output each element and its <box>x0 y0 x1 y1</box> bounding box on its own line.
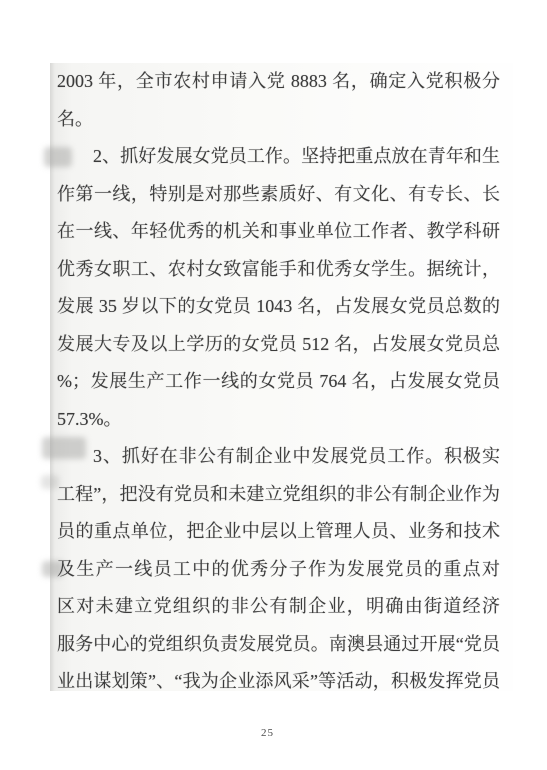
text-line: 在一线、年轻优秀的机关和事业单位工作者、教学科研女骨干、 <box>57 213 500 251</box>
text-line: 57.3%。 <box>57 401 500 439</box>
text-line: 区对未建立党组织的非公有制企业，明确由街道经济办、企业 <box>57 588 500 626</box>
scanned-page: 2003 年，全市农村申请入党 8883 名，确定入党积极分子 5267 名。 … <box>50 63 513 691</box>
page-number: 25 <box>50 727 485 739</box>
text-line: 名。 <box>57 101 500 139</box>
text-line: 作第一线，特别是对那些素质好、有文化、有专长、长期工作 <box>57 176 500 214</box>
text-line: %；发展生产工作一线的女党员 764 名，占发展女党员总数的 <box>57 363 500 401</box>
text-line: 工程”，把没有党员和未建立党组织的非公有制企业作为发展党 <box>57 476 500 514</box>
text-line: 及生产一线员工中的优秀分子作为发展党员的重点对象。金平 <box>57 551 500 589</box>
text-line: 发展 35 岁以下的女党员 1043 名，占发展女党员总数的 78.2%； <box>57 288 500 326</box>
text-line: 业出谋划策”、“我为企业添风采”等活动，积极发挥党员在非 <box>57 663 500 701</box>
document-page: 2003 年，全市农村申请入党 8883 名，确定入党积极分子 5267 名。 … <box>0 0 547 770</box>
text-line: 2003 年，全市农村申请入党 8883 名，确定入党积极分子 5267 <box>57 63 500 101</box>
document-body: 2003 年，全市农村申请入党 8883 名，确定入党积极分子 5267 名。 … <box>57 63 500 701</box>
text-line: 员的重点单位，把企业中层以上管理人员、业务和技术骨干以 <box>57 513 500 551</box>
text-line: 3、抓好在非公有制企业中发展党员工作。积极实施“纳新 <box>57 438 500 476</box>
text-line: 服务中心的党组织负责发展党员。南澳县通过开展“党员为企 <box>57 626 500 664</box>
text-line: 优秀女职工、农村女致富能手和优秀女学生。据统计，2003 年 <box>57 251 500 289</box>
text-line: 发展大专及以上学历的女党员 512 名，占发展女党员总数的 38.4 <box>57 326 500 364</box>
text-line: 2、抓好发展女党员工作。坚持把重点放在青年和生产、工 <box>57 138 500 176</box>
